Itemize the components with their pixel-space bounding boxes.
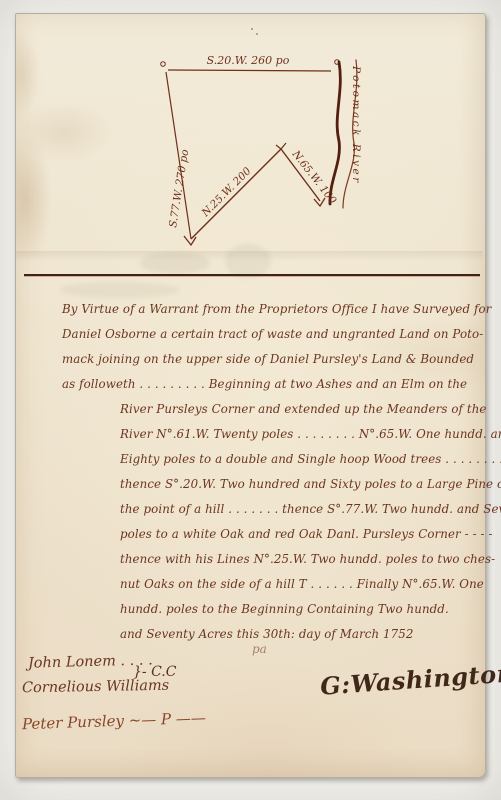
survey-line: hundd. poles to the Beginning Containing… [120, 597, 472, 622]
small-ink-notation: pa [252, 642, 267, 656]
survey-line: thence S°.20.W. Two hundred and Sixty po… [120, 472, 472, 497]
survey-line: and Seventy Acres this 30th: day of Marc… [120, 622, 472, 647]
river-name-label: Potomack River [350, 65, 362, 185]
course-label-top: S.20.W. 260 po [207, 54, 290, 67]
survey-line: as followeth . . . . . . . . . Beginning… [62, 372, 472, 397]
survey-line: River Pursleys Corner and extended up th… [120, 397, 472, 422]
survey-line: thence with his Lines N°.25.W. Two hundd… [120, 547, 472, 572]
river-left-bank [330, 62, 340, 204]
survey-line: By Virtue of a Warrant from the Propriet… [62, 297, 472, 322]
survey-description-text: By Virtue of a Warrant from the Propriet… [62, 297, 472, 647]
survey-line: River N°.61.W. Twenty poles . . . . . . … [120, 422, 472, 447]
plat-line-northeast-course [191, 149, 281, 239]
ruled-divider-line [24, 274, 480, 276]
survey-line: nut Oaks on the side of a hill T . . . .… [120, 572, 472, 597]
survey-line: Daniel Osborne a certain tract of waste … [62, 322, 472, 347]
plat-line-top-course [168, 70, 331, 71]
plat-corner-arrow-marker [184, 236, 196, 245]
plat-corner-tick-marker [276, 143, 286, 149]
course-label-northeast: N.25.W. 200 [199, 165, 254, 220]
survey-line: Eighty poles to a double and Single hoop… [120, 447, 472, 472]
survey-line: mack joining on the upper side of Daniel… [62, 347, 472, 372]
survey-line: poles to a white Oak and red Oak Danl. P… [120, 522, 472, 547]
chain-carrier-signature-2: Cornelious Williams [22, 678, 169, 697]
photo-of-survey-document: S.20.W. 260 po S.77.W. 270 po N.25.W. 20… [0, 0, 501, 800]
plat-corner-marker [161, 62, 166, 67]
course-label-southeast: N.65.W. 100 [289, 148, 339, 207]
survey-line: the point of a hill . . . . . . . thence… [120, 497, 472, 522]
